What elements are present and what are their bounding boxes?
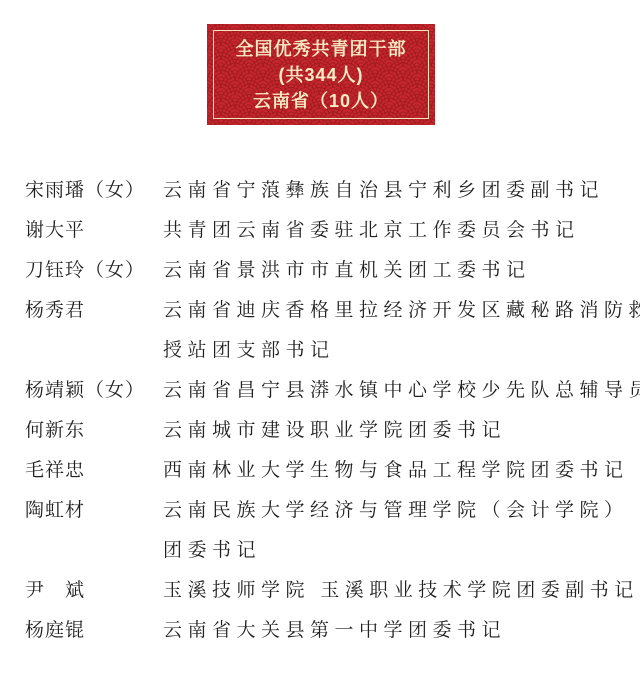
- banner-inner-border: 全国优秀共青团干部 (共344人) 云南省（10人）: [213, 30, 429, 119]
- awardee-title-continued: 授站团支部书记: [163, 335, 335, 362]
- banner-total-count: (共344人): [278, 62, 363, 88]
- list-item: 何新东 云南城市建设职业学院团委书记: [25, 408, 631, 448]
- list-item: 刀钰玲（女） 云南省景洪市市直机关团工委书记: [25, 248, 631, 288]
- awardee-title-continued: 团委书记: [163, 535, 261, 562]
- awardee-title: 云南民族大学经济与管理学院（会计学院）: [163, 495, 629, 522]
- awardee-name: 杨靖颖（女）: [25, 375, 163, 402]
- list-item-continuation: 授站团支部书记: [25, 328, 631, 368]
- document-page: 全国优秀共青团干部 (共344人) 云南省（10人） 宋雨璠（女） 云南省宁蒗彝…: [0, 0, 640, 677]
- awardee-name: 何新东: [25, 415, 163, 442]
- awardee-title: 云南省迪庆香格里拉经济开发区藏秘路消防救: [163, 295, 640, 322]
- awardee-title: 玉溪技师学院 玉溪职业技术学院团委副书记: [163, 575, 639, 602]
- awardee-title: 西南林业大学生物与食品工程学院团委书记: [163, 455, 629, 482]
- awardee-title: 云南省景洪市市直机关团工委书记: [163, 255, 531, 282]
- awardee-title: 共青团云南省委驻北京工作委员会书记: [163, 215, 580, 242]
- list-item: 尹 斌 玉溪技师学院 玉溪职业技术学院团委副书记: [25, 568, 631, 608]
- list-item: 谢大平 共青团云南省委驻北京工作委员会书记: [25, 208, 631, 248]
- awardee-name: 杨庭锟: [25, 615, 163, 642]
- list-item: 宋雨璠（女） 云南省宁蒗彝族自治县宁利乡团委副书记: [25, 168, 631, 208]
- awardee-name: 刀钰玲（女）: [25, 255, 163, 282]
- list-item: 陶虹材 云南民族大学经济与管理学院（会计学院）: [25, 488, 631, 528]
- awardee-name: 宋雨璠（女）: [25, 175, 163, 202]
- list-item: 毛祥忠 西南林业大学生物与食品工程学院团委书记: [25, 448, 631, 488]
- awardee-name: 杨秀君: [25, 295, 163, 322]
- list-item: 杨庭锟 云南省大关县第一中学团委书记: [25, 608, 631, 648]
- awardee-title: 云南城市建设职业学院团委书记: [163, 415, 506, 442]
- list-item: 杨秀君 云南省迪庆香格里拉经济开发区藏秘路消防救: [25, 288, 631, 328]
- award-title-banner: 全国优秀共青团干部 (共344人) 云南省（10人）: [207, 24, 435, 125]
- awardee-name: 尹 斌: [25, 575, 163, 602]
- awardee-name: 谢大平: [25, 215, 163, 242]
- awardee-name: 毛祥忠: [25, 455, 163, 482]
- list-item-continuation: 团委书记: [25, 528, 631, 568]
- list-item: 杨靖颖（女） 云南省昌宁县漭水镇中心学校少先队总辅导员: [25, 368, 631, 408]
- awardee-name: 陶虹材: [25, 495, 163, 522]
- awardee-title: 云南省昌宁县漭水镇中心学校少先队总辅导员: [163, 375, 640, 402]
- banner-province-count: 云南省（10人）: [253, 88, 389, 114]
- awardee-title: 云南省宁蒗彝族自治县宁利乡团委副书记: [163, 175, 604, 202]
- banner-title: 全国优秀共青团干部: [236, 36, 407, 62]
- awardee-title: 云南省大关县第一中学团委书记: [163, 615, 506, 642]
- awardee-list: 宋雨璠（女） 云南省宁蒗彝族自治县宁利乡团委副书记 谢大平 共青团云南省委驻北京…: [25, 168, 631, 648]
